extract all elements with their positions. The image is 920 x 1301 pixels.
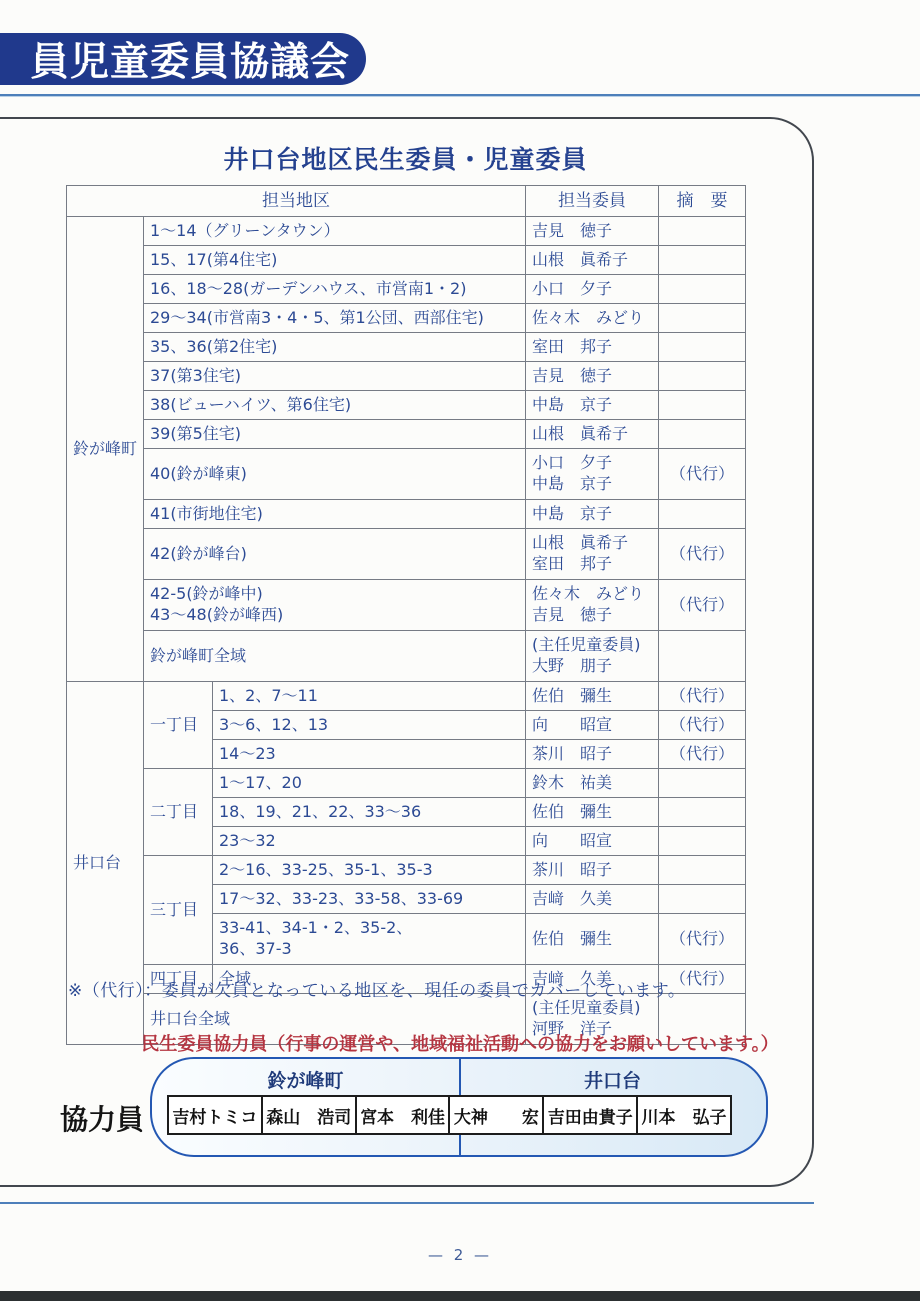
member-cell: 佐々木 みどり — [526, 304, 659, 333]
note-cell — [659, 500, 746, 529]
table-row: 38(ビューハイツ、第6住宅) 中島 京子 — [67, 391, 746, 420]
cooperator-cell: 吉田由貴子 — [544, 1095, 638, 1135]
block-label: 三丁目 — [144, 856, 213, 965]
table-row: 35、36(第2住宅) 室田 邦子 — [67, 333, 746, 362]
area-cell: 鈴が峰町全域 — [144, 631, 526, 682]
cooperators-label: 協力員 — [60, 1098, 144, 1138]
note-cell — [659, 856, 746, 885]
cooperators-group-name: 井口台 — [459, 1066, 766, 1093]
page-title: 井口台地区民生委員・児童委員 — [66, 140, 745, 176]
member-cell: 中島 京子 — [526, 391, 659, 420]
area-cell: 38(ビューハイツ、第6住宅) — [144, 391, 526, 420]
header-member: 担当委員 — [526, 186, 659, 217]
bottom-divider-line — [0, 1202, 814, 1204]
note-cell — [659, 827, 746, 856]
note-cell — [659, 769, 746, 798]
cooperator-cell: 川本 弘子 — [638, 1095, 732, 1135]
note-cell — [659, 420, 746, 449]
document-page: 員児童委員協議会 井口台地区民生委員・児童委員 担当地区 担当委員 摘 要 鈴が… — [0, 0, 920, 1301]
cooperators-box: 鈴が峰町 井口台 吉村トミコ 森山 浩司 宮本 利佳 大神 宏 吉田由貴子 川本… — [150, 1057, 768, 1157]
area-cell: 1～14（グリーンタウン） — [144, 217, 526, 246]
table-row: 42-5(鈴が峰中) 43～48(鈴が峰西) 佐々木 みどり 吉見 徳子 （代行… — [67, 580, 746, 631]
note-cell: （代行） — [659, 711, 746, 740]
table-row: 37(第3住宅) 吉見 徳子 — [67, 362, 746, 391]
note-cell — [659, 275, 746, 304]
table-row: 29～34(市営南3・4・5、第1公団、西部住宅) 佐々木 みどり — [67, 304, 746, 333]
area-cell: 29～34(市営南3・4・5、第1公団、西部住宅) — [144, 304, 526, 333]
area-cell: 16、18～28(ガーデンハウス、市営南1・2) — [144, 275, 526, 304]
member-cell: 山根 眞希子 — [526, 246, 659, 275]
table-row: 二丁目 1～17、20 鈴木 祐美 — [67, 769, 746, 798]
note-cell — [659, 333, 746, 362]
member-cell: 室田 邦子 — [526, 333, 659, 362]
member-cell: 吉見 徳子 — [526, 362, 659, 391]
member-cell: 山根 眞希子 室田 邦子 — [526, 529, 659, 580]
top-divider-line — [0, 94, 920, 97]
member-cell: 吉見 徳子 — [526, 217, 659, 246]
cooperator-cell: 森山 浩司 — [263, 1095, 357, 1135]
bottom-edge-bar — [0, 1291, 920, 1301]
area-cell: 1～17、20 — [213, 769, 526, 798]
member-cell: 佐々木 みどり 吉見 徳子 — [526, 580, 659, 631]
member-cell: 茶川 昭子 — [526, 740, 659, 769]
daiko-footnote: ※（代行）：委員が欠員となっている地区を、現任の委員でカバーしています。 — [68, 976, 685, 1001]
note-cell: （代行） — [659, 914, 746, 965]
note-cell — [659, 798, 746, 827]
area-cell: 41(市街地住宅) — [144, 500, 526, 529]
cooperator-cell: 吉村トミコ — [167, 1095, 263, 1135]
section-label: 鈴が峰町 — [67, 217, 144, 682]
cooperators-heading: 民生委員協力員（行事の運営や、地域福祉活動への協力をお願いしています。） — [140, 1030, 780, 1056]
area-cell: 42-5(鈴が峰中) 43～48(鈴が峰西) — [144, 580, 526, 631]
note-cell: （代行） — [659, 449, 746, 500]
member-cell: 中島 京子 — [526, 500, 659, 529]
area-cell: 42(鈴が峰台) — [144, 529, 526, 580]
member-cell: 小口 夕子 中島 京子 — [526, 449, 659, 500]
member-cell: 佐伯 彌生 — [526, 914, 659, 965]
commissioners-table: 担当地区 担当委員 摘 要 鈴が峰町 1～14（グリーンタウン） 吉見 徳子 1… — [66, 185, 746, 1045]
note-cell: （代行） — [659, 529, 746, 580]
note-cell — [659, 885, 746, 914]
note-cell — [659, 217, 746, 246]
area-cell: 23～32 — [213, 827, 526, 856]
member-cell: 向 昭宣 — [526, 827, 659, 856]
member-cell: 鈴木 祐美 — [526, 769, 659, 798]
member-cell: 佐伯 彌生 — [526, 682, 659, 711]
area-cell: 35、36(第2住宅) — [144, 333, 526, 362]
area-cell: 1、2、7～11 — [213, 682, 526, 711]
note-cell: （代行） — [659, 682, 746, 711]
area-cell: 33-41、34-1・2、35-2、 36、37-3 — [213, 914, 526, 965]
table-row: 井口台 一丁目 1、2、7～11 佐伯 彌生 （代行） — [67, 682, 746, 711]
member-cell: 茶川 昭子 — [526, 856, 659, 885]
area-cell: 14～23 — [213, 740, 526, 769]
area-cell: 40(鈴が峰東) — [144, 449, 526, 500]
header-note: 摘 要 — [659, 186, 746, 217]
table-row: 40(鈴が峰東) 小口 夕子 中島 京子 （代行） — [67, 449, 746, 500]
member-cell: 吉﨑 久美 — [526, 885, 659, 914]
area-cell: 17～32、33-23、33-58、33-69 — [213, 885, 526, 914]
area-cell: 3～6、12、13 — [213, 711, 526, 740]
member-cell: (主任児童委員) 大野 朋子 — [526, 631, 659, 682]
area-cell: 2～16、33-25、35-1、35-3 — [213, 856, 526, 885]
note-cell — [659, 362, 746, 391]
member-cell: 向 昭宣 — [526, 711, 659, 740]
note-cell: （代行） — [659, 740, 746, 769]
block-label: 二丁目 — [144, 769, 213, 856]
cooperator-cell: 大神 宏 — [450, 1095, 544, 1135]
cooperators-cells: 吉村トミコ 森山 浩司 宮本 利佳 大神 宏 吉田由貴子 川本 弘子 — [167, 1095, 732, 1135]
table-row: 三丁目 2～16、33-25、35-1、35-3 茶川 昭子 — [67, 856, 746, 885]
member-cell: 佐伯 彌生 — [526, 798, 659, 827]
area-cell: 39(第5住宅) — [144, 420, 526, 449]
table-row: 42(鈴が峰台) 山根 眞希子 室田 邦子 （代行） — [67, 529, 746, 580]
table-row: 16、18～28(ガーデンハウス、市営南1・2) 小口 夕子 — [67, 275, 746, 304]
table-row: 鈴が峰町全域 (主任児童委員) 大野 朋子 — [67, 631, 746, 682]
header-area: 担当地区 — [67, 186, 526, 217]
block-label: 一丁目 — [144, 682, 213, 769]
area-cell: 37(第3住宅) — [144, 362, 526, 391]
cooperator-cell: 宮本 利佳 — [357, 1095, 451, 1135]
note-cell — [659, 391, 746, 420]
table-row: 鈴が峰町 1～14（グリーンタウン） 吉見 徳子 — [67, 217, 746, 246]
note-cell: （代行） — [659, 580, 746, 631]
area-cell: 15、17(第4住宅) — [144, 246, 526, 275]
table-row: 39(第5住宅) 山根 眞希子 — [67, 420, 746, 449]
banner-title: 員児童委員協議会 — [30, 31, 350, 87]
member-cell: 山根 眞希子 — [526, 420, 659, 449]
note-cell — [659, 304, 746, 333]
page-header-banner: 員児童委員協議会 — [0, 33, 366, 85]
table-row: 41(市街地住宅) 中島 京子 — [67, 500, 746, 529]
member-cell: 小口 夕子 — [526, 275, 659, 304]
area-cell: 18、19、21、22、33～36 — [213, 798, 526, 827]
page-number: — 2 — — [0, 1246, 920, 1264]
note-cell — [659, 246, 746, 275]
table-row: 15、17(第4住宅) 山根 眞希子 — [67, 246, 746, 275]
table-header-row: 担当地区 担当委員 摘 要 — [67, 186, 746, 217]
note-cell — [659, 631, 746, 682]
cooperators-group-name: 鈴が峰町 — [152, 1066, 459, 1093]
